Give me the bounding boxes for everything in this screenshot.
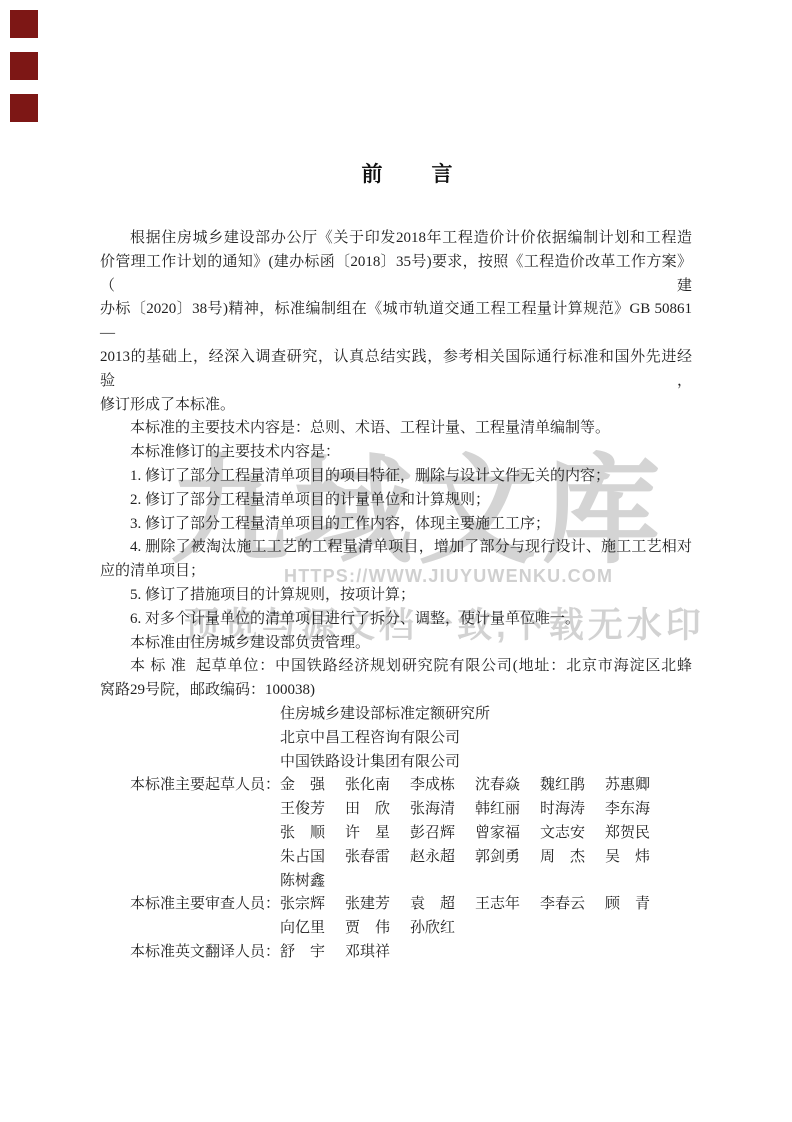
reviewer-name: 张宗辉 (280, 893, 325, 917)
drafters-row: 朱占国 张春雷 赵永超 郭剑勇 周 杰 吴 炜 (100, 846, 692, 870)
drafter-name: 文志安 (540, 822, 585, 846)
corner-red-square-icon (10, 10, 38, 38)
drafter-name: 张春雷 (345, 846, 390, 870)
drafter-name: 朱占国 (280, 846, 325, 870)
translators-row: 本标准英文翻译人员： 舒 宇 邓琪祥 (100, 941, 692, 965)
translator-name: 邓琪祥 (345, 941, 390, 965)
management-line: 本标准由住房城乡建设部负责管理。 (100, 632, 692, 656)
drafter-name: 吴 炜 (605, 846, 650, 870)
revision-item-4-line1: 4. 删除了被淘汰施工工艺的工程量清单项目，增加了部分与现行设计、施工工艺相对 (100, 536, 692, 560)
reviewers-row: 向亿里 贾 伟 孙欣红 (100, 917, 692, 941)
reviewer-name: 顾 青 (605, 893, 650, 917)
drafter-name: 张化南 (345, 774, 390, 798)
drafter-name: 苏惠卿 (605, 774, 650, 798)
drafter-name: 彭召辉 (410, 822, 455, 846)
drafter-name: 周 杰 (540, 846, 585, 870)
drafter-name: 李成栋 (410, 774, 455, 798)
drafter-name: 陈树鑫 (280, 870, 325, 894)
para1-line4: 2013的基础上，经深入调查研究，认真总结实践，参考相关国际通行标准和国外先进经… (100, 346, 692, 394)
para1-line1: 根据住房城乡建设部办公厅《关于印发2018年工程造价计价依据编制计划和工程造 (100, 227, 692, 251)
drafter-name: 韩红丽 (475, 798, 520, 822)
drafter-name: 曾家福 (475, 822, 520, 846)
translator-name: 舒 宇 (280, 941, 325, 965)
reviewer-name: 贾 伟 (345, 917, 390, 941)
title-char-2: 言 (432, 163, 453, 186)
content-summary-line: 本标准的主要技术内容是：总则、术语、工程计量、工程量清单编制等。 (100, 417, 692, 441)
drafter-name: 时海涛 (540, 798, 585, 822)
para1-line3: 办标〔2020〕38号)精神，标准编制组在《城市轨道交通工程工程量计算规范》GB… (100, 298, 692, 346)
document-page: 九域文库 HTTPS://WWW.JIUYUWENKU.COM 预览与源文档一致… (0, 0, 792, 1122)
drafting-org-line1: 本 标 准 起草单位：中国铁路经济规划研究院有限公司(地址：北京市海淀区北蜂 (100, 655, 692, 679)
title-char-1: 前 (362, 163, 383, 186)
drafter-name: 金 强 (280, 774, 325, 798)
drafters-row: 本标准主要起草人员： 金 强 张化南 李成栋 沈春焱 魏红鹃 苏惠卿 (100, 774, 692, 798)
translators-label: 本标准英文翻译人员： (130, 941, 280, 965)
revision-item-4-line2: 应的清单项目； (100, 560, 692, 584)
revision-item-2: 2. 修订了部分工程量清单项目的计量单位和计算规则； (100, 489, 692, 513)
reviewers-label: 本标准主要审查人员： (130, 893, 280, 917)
reviewer-name: 张建芳 (345, 893, 390, 917)
drafter-name: 赵永超 (410, 846, 455, 870)
drafter-name: 李东海 (605, 798, 650, 822)
drafters-row: 陈树鑫 (100, 870, 692, 894)
revision-item-3: 3. 修订了部分工程量清单项目的工作内容，体现主要施工工序； (100, 513, 692, 537)
drafting-org-line2: 窝路29号院，邮政编码：100038) (100, 679, 692, 703)
revision-item-6: 6. 对多个计量单位的清单项目进行了拆分、调整，使计量单位唯一。 (100, 608, 692, 632)
drafter-name: 田 欣 (345, 798, 390, 822)
drafter-name: 许 星 (345, 822, 390, 846)
reviewer-name: 孙欣红 (410, 917, 455, 941)
foreword-body: 根据住房城乡建设部办公厅《关于印发2018年工程造价计价依据编制计划和工程造 价… (100, 227, 692, 965)
drafting-org-item: 中国铁路设计集团有限公司 (100, 751, 692, 775)
drafting-org-item: 住房城乡建设部标准定额研究所 (100, 703, 692, 727)
drafter-name: 魏红鹃 (540, 774, 585, 798)
drafter-name: 沈春焱 (475, 774, 520, 798)
reviewers-row: 本标准主要审查人员： 张宗辉 张建芳 袁 超 王志年 李春云 顾 青 (100, 893, 692, 917)
reviewer-name: 李春云 (540, 893, 585, 917)
drafting-org-item: 北京中昌工程咨询有限公司 (100, 727, 692, 751)
page-title: 前言 (11, 162, 792, 187)
drafter-name: 张海清 (410, 798, 455, 822)
drafters-row: 张 顺 许 星 彭召辉 曾家福 文志安 郑贺民 (100, 822, 692, 846)
drafter-name: 郭剑勇 (475, 846, 520, 870)
reviewer-name: 袁 超 (410, 893, 455, 917)
drafter-name: 王俊芳 (280, 798, 325, 822)
corner-red-square-icon (10, 94, 38, 122)
revised-summary-line: 本标准修订的主要技术内容是： (100, 441, 692, 465)
revision-item-5: 5. 修订了措施项目的计算规则，按项计算； (100, 584, 692, 608)
revision-item-1: 1. 修订了部分工程量清单项目的项目特征，删除与设计文件无关的内容； (100, 465, 692, 489)
drafter-name: 张 顺 (280, 822, 325, 846)
reviewer-name: 王志年 (475, 893, 520, 917)
drafters-label: 本标准主要起草人员： (130, 774, 280, 798)
drafter-name: 郑贺民 (605, 822, 650, 846)
reviewer-name: 向亿里 (280, 917, 325, 941)
corner-red-square-icon (10, 52, 38, 80)
para1-line5: 修订形成了本标准。 (100, 394, 692, 418)
drafters-row: 王俊芳 田 欣 张海清 韩红丽 时海涛 李东海 (100, 798, 692, 822)
para1-line2: 价管理工作计划的通知》(建办标函〔2018〕35号)要求，按照《工程造价改革工作… (100, 251, 692, 299)
